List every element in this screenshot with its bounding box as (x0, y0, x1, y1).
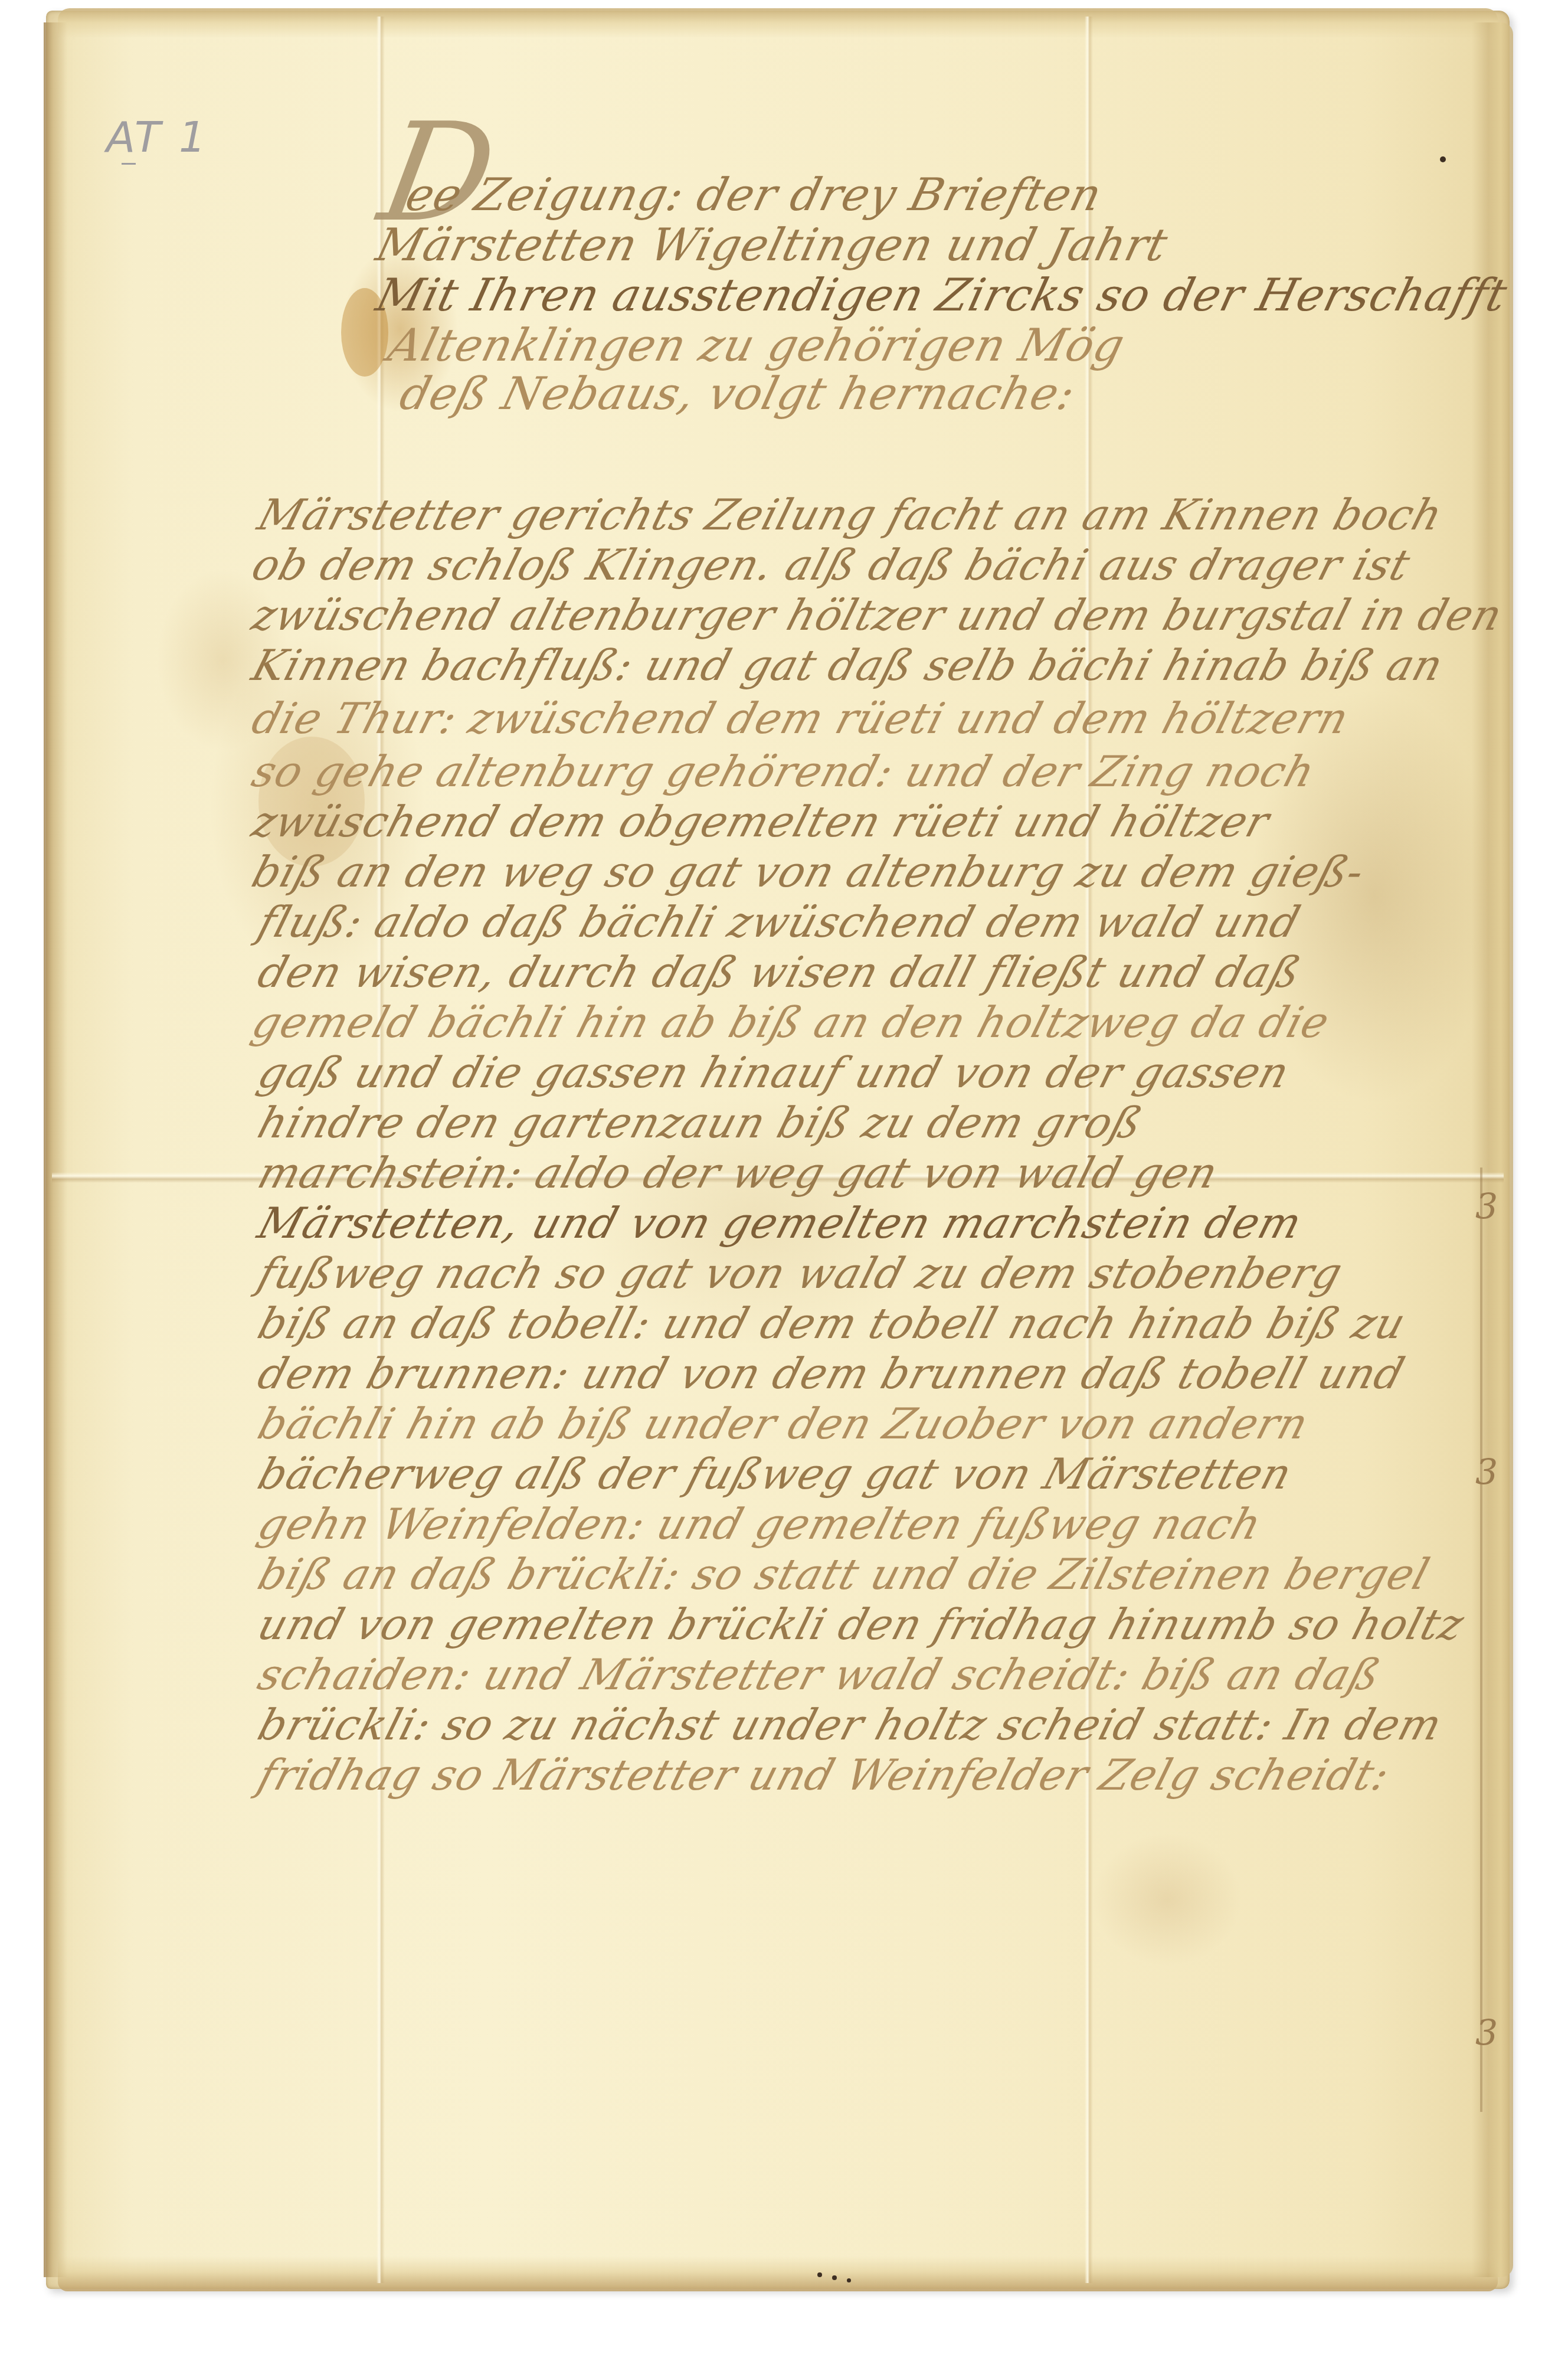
body-line: biß an daß brückli: so statt und die Zil… (253, 1549, 1435, 1599)
body-line: marchstein: aldo der weg gat von wald ge… (253, 1148, 1224, 1198)
heading-line: Altenklingen zu gehörigen Mög (383, 319, 1130, 371)
manuscript-scan: AT 1 D ee Zeigung: der drey Brieften Mär… (0, 0, 1568, 2371)
body-line: den wisen, durch daß wisen dall fließt u… (253, 947, 1307, 997)
ink-speck (817, 2272, 822, 2277)
body-line: so gehe altenburg gehörend: und der Zing… (247, 747, 1321, 796)
archive-signature-mark: AT 1 (106, 112, 208, 162)
body-line: zwüschend dem obgemelten rüeti und höltz… (247, 797, 1275, 846)
body-line: biß an den weg so gat von altenburg zu d… (247, 847, 1370, 897)
body-line: dem brunnen: und von dem brunnen daß tob… (253, 1349, 1410, 1398)
margin-note: 3 (1475, 1452, 1498, 1493)
body-line: und von gemelten brückli den fridhag hin… (253, 1600, 1470, 1649)
inner-fold-crease (1480, 1167, 1482, 2112)
body-line: brückli: so zu nächst under holtz scheid… (253, 1700, 1448, 1749)
body-line: gehn Weinfelden: und gemelten fußweg nac… (253, 1499, 1268, 1549)
body-line: hindre den gartenzaun biß zu dem groß (253, 1098, 1148, 1147)
body-line: fluß: aldo daß bächli zwüschend dem wald… (253, 897, 1306, 947)
body-line: fridhag so Märstetter und Weinfelder Zel… (253, 1750, 1395, 1800)
heading-line: deß Nebaus, volgt hernache: (395, 367, 1081, 420)
ink-speck (847, 2278, 851, 2282)
body-line: Märstetten, und von gemelten marchstein … (253, 1198, 1308, 1248)
heading-line: ee Zeigung: der drey Brieften (401, 168, 1108, 221)
archive-mark-underline (122, 163, 136, 165)
body-line: Märstetter gerichts Zeilung facht an am … (253, 490, 1448, 539)
right-edge (1472, 22, 1513, 2277)
heading-line: Märstetten Wigeltingen und Jahrt (371, 218, 1173, 271)
torn-bottom-edge (58, 2256, 1498, 2291)
ink-speck (1440, 156, 1446, 162)
body-line: schaiden: und Märstetter wald scheidt: b… (253, 1650, 1386, 1699)
margin-note: 3 (1475, 1186, 1498, 1228)
body-line: fußweg nach so gat von wald zu dem stobe… (253, 1248, 1348, 1298)
body-line: biß an daß tobell: und dem tobell nach h… (253, 1299, 1412, 1348)
body-line: gaß und die gassen hinauf und von der ga… (253, 1048, 1295, 1097)
body-line: gemeld bächli hin ab biß an den holtzweg… (247, 998, 1335, 1047)
ink-speck (832, 2275, 837, 2280)
body-line: die Thur: zwüschend dem rüeti und dem hö… (247, 694, 1354, 743)
body-line: Kinnen bachfluß: und gat daß selb bächi … (247, 640, 1449, 690)
heading-line: Mit Ihren ausstendigen Zircks so der Her… (371, 269, 1513, 321)
body-line: bächerweg alß der fußweg gat von Märstet… (253, 1449, 1298, 1499)
body-line: bächli hin ab biß under den Zuober von a… (253, 1399, 1314, 1448)
torn-top-edge (58, 8, 1498, 38)
margin-note: 3 (1475, 2013, 1498, 2054)
left-edge (44, 22, 67, 2277)
body-line: ob dem schloß Klingen. alß daß bächi aus… (247, 540, 1416, 590)
body-line: zwüschend altenburger höltzer und dem bu… (247, 590, 1508, 640)
